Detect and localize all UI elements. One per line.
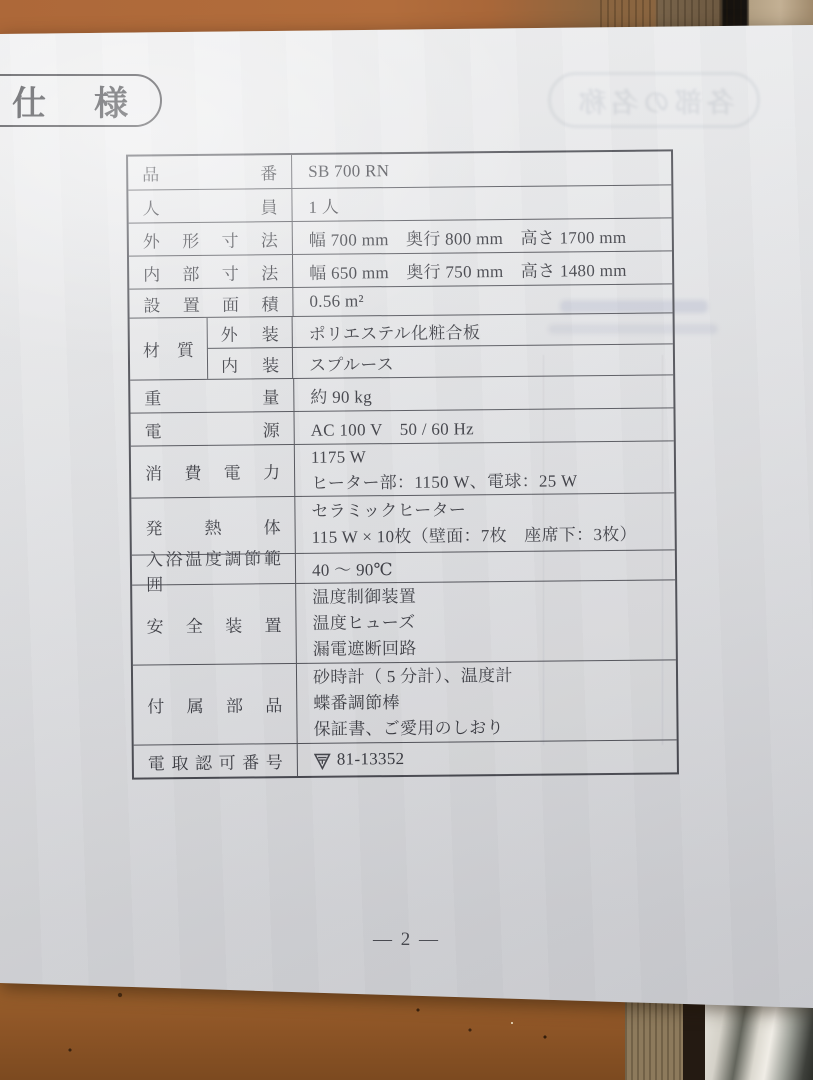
materials-exterior-row: 外装 ポリエステル化粧合板 [208, 313, 673, 347]
photo-scene: 各部の名称 仕 様 品番 SB 700 RN 人員 1 人 外形寸法 幅 700… [0, 0, 813, 1080]
table-row-capacity: 人員 1 人 [128, 184, 671, 222]
materials-sub-table: 外装 ポリエステル化粧合板 内装 スプルース [208, 313, 674, 378]
approval-number: 81-13352 [337, 749, 405, 770]
sub-row-value: スプルース [293, 344, 673, 378]
row-value: 温度制御装置 温度ヒューズ 漏電遮断回路 [296, 580, 676, 663]
table-row-approval-number: 電取認可番号 81-13352 [134, 739, 677, 777]
value-line: ヒーター部：1150 W、電球：25 W [311, 467, 674, 496]
row-label: 設置面積 [129, 288, 293, 318]
sub-row-label: 外装 [208, 317, 293, 348]
row-value: SB 700 RN [292, 151, 671, 188]
table-row-external-dimensions: 外形寸法 幅 700 mm 奥行 800 mm 高さ 1700 mm [129, 217, 672, 255]
table-row-materials: 材質 外装 ポリエステル化粧合板 内装 スプルース [130, 312, 674, 379]
row-value: 幅 650 mm 奥行 750 mm 高さ 1480 mm [293, 251, 672, 287]
row-label: 消費電力 [131, 445, 295, 498]
table-row-power-source: 電源 AC 100 V 50 / 60 Hz [130, 407, 673, 445]
row-label: 外形寸法 [129, 222, 293, 256]
page-number: — 2 — [0, 929, 813, 951]
row-label: 材質 [130, 318, 209, 380]
row-label: 人員 [128, 189, 292, 223]
row-label: 入浴温度調節範囲 [132, 554, 296, 585]
value-line: 漏電遮断回路 [313, 633, 676, 662]
row-label: 電源 [130, 412, 294, 446]
ghost-reverse-title: 各部の名称 [548, 72, 760, 128]
sub-row-label: 内装 [208, 348, 293, 379]
table-row-accessories: 付属部品 砂時計（ 5 分計）、温度計 蝶番調節棒 保証書、ご愛用のしおり [133, 659, 677, 744]
table-row-internal-dimensions: 内部寸法 幅 650 mm 奥行 750 mm 高さ 1480 mm [129, 250, 672, 288]
dentori-approval-mark-icon [314, 752, 331, 769]
table-row-power-consumption: 消費電力 1175 W ヒーター部：1150 W、電球：25 W [131, 440, 674, 497]
value-line: 蝶番調節棒 [313, 687, 676, 716]
spec-table: 品番 SB 700 RN 人員 1 人 外形寸法 幅 700 mm 奥行 800… [126, 149, 679, 779]
row-value: セラミックヒーター 115 W × 10枚（壁面：7枚 座席下：3枚） [295, 493, 675, 553]
row-value: 約 90 kg [294, 375, 673, 411]
row-value: 40 ～ 90℃ [296, 550, 675, 583]
row-label: 付属部品 [133, 664, 298, 745]
row-value: AC 100 V 50 / 60 Hz [294, 408, 673, 444]
paper-wrapper: 各部の名称 仕 様 品番 SB 700 RN 人員 1 人 外形寸法 幅 700… [0, 0, 813, 1080]
row-value: 81-13352 [298, 740, 677, 776]
table-row-safety-devices: 安全装置 温度制御装置 温度ヒューズ 漏電遮断回路 [132, 579, 676, 664]
row-label: 重量 [130, 379, 294, 413]
row-label: 電取認可番号 [134, 744, 298, 778]
table-row-installation-area: 設置面積 0.56 m² [129, 283, 672, 317]
table-row-product-number: 品番 SB 700 RN [128, 151, 671, 189]
value-line: セラミックヒーター [311, 495, 674, 524]
row-value: 0.56 m² [293, 284, 672, 316]
row-value: 1 人 [292, 185, 671, 221]
value-line: 115 W × 10枚（壁面：7枚 座席下：3枚） [312, 521, 675, 550]
row-value: 1175 W ヒーター部：1150 W、電球：25 W [295, 441, 674, 496]
table-row-temperature-range: 入浴温度調節範囲 40 ～ 90℃ [132, 549, 675, 584]
manual-page: 各部の名称 仕 様 品番 SB 700 RN 人員 1 人 外形寸法 幅 700… [0, 0, 813, 1080]
table-row-weight: 重量 約 90 kg [130, 374, 673, 412]
value-line: 温度制御装置 [312, 581, 675, 610]
row-label: 安全装置 [132, 584, 297, 665]
sub-row-value: ポリエステル化粧合板 [293, 313, 673, 347]
row-value: 砂時計（ 5 分計）、温度計 蝶番調節棒 保証書、ご愛用のしおり [297, 660, 677, 743]
value-line: 温度ヒューズ [312, 607, 675, 636]
value-line: 1175 W [311, 441, 674, 470]
section-title: 仕 様 [0, 74, 162, 127]
row-label: 内部寸法 [129, 255, 293, 289]
row-value: 幅 700 mm 奥行 800 mm 高さ 1700 mm [293, 218, 672, 254]
materials-interior-row: 内装 スプルース [208, 343, 673, 378]
value-line: 砂時計（ 5 分計）、温度計 [313, 661, 676, 690]
value-line: 保証書、ご愛用のしおり [313, 713, 676, 742]
row-label: 品番 [128, 155, 292, 190]
